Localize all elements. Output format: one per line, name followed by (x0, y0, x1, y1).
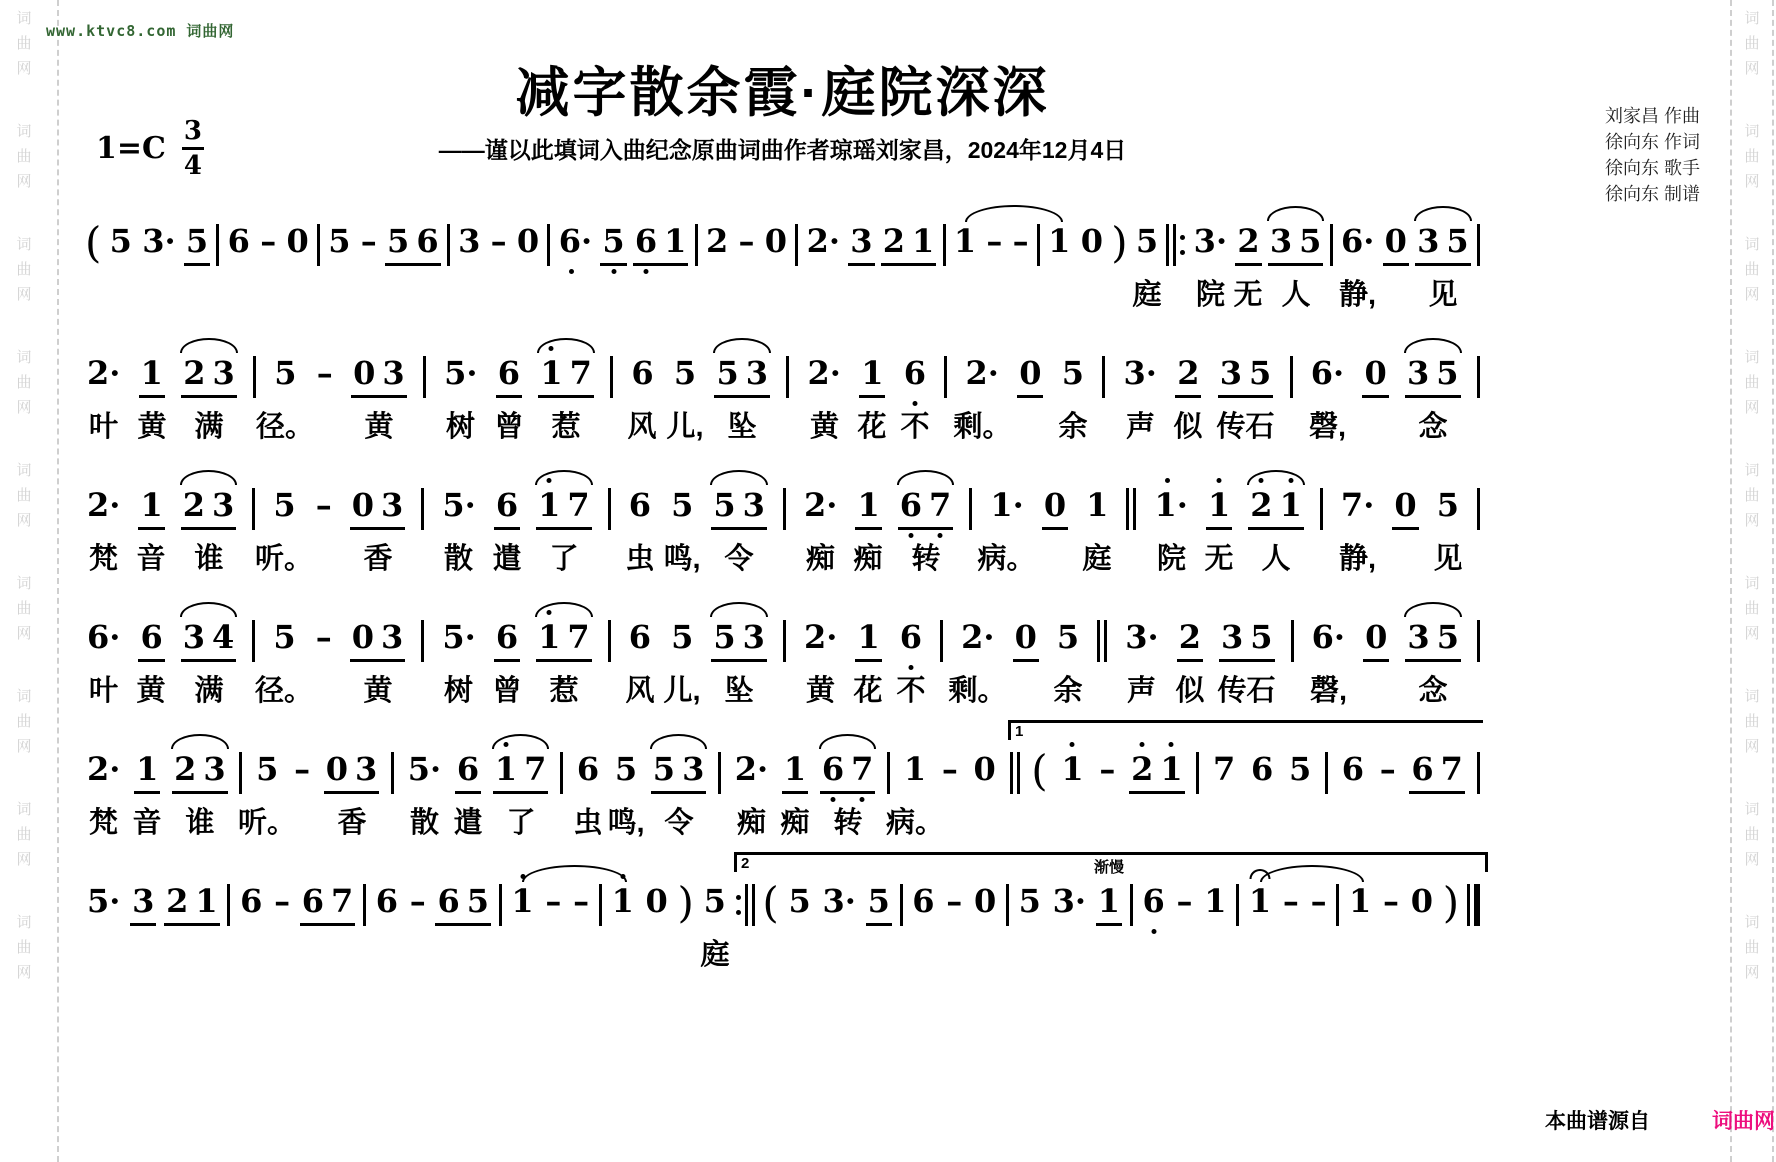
note: 0 (765, 223, 787, 259)
note-group: 2· (805, 223, 842, 266)
watermark-char: 曲 (16, 144, 31, 169)
note-group: 5 (1134, 223, 1160, 266)
lyric-syllable: 庭 (700, 932, 729, 973)
notation-row: 2·1235–035·61765532·1671·011·1217·05 (85, 458, 1480, 530)
note-group: 35 (1268, 223, 1324, 266)
barline (447, 224, 450, 266)
barline (1037, 224, 1040, 266)
watermark-char: 网 (16, 621, 31, 646)
note: 6 (904, 355, 926, 391)
note: – (545, 883, 561, 919)
note: 2 (183, 355, 205, 391)
watermark-text: 词曲网 (16, 232, 31, 307)
note: – (317, 355, 333, 391)
note-group: 67 (820, 751, 876, 794)
watermark-char: 网 (16, 734, 31, 759)
note: 3 (382, 355, 404, 391)
system-6: 5·3216–676–651––10)5(53·56–053·16–11––1–… (85, 854, 1480, 974)
barline (1477, 620, 1480, 662)
note: 3· (1053, 883, 1086, 919)
note: 5· (442, 619, 475, 655)
lyric-syllable: 听。 (255, 536, 313, 577)
barline-stroke (718, 752, 721, 794)
note-group: 5 (672, 355, 698, 398)
note: 1 (1098, 883, 1120, 919)
note: 6· (559, 223, 592, 259)
note: 3 (743, 619, 765, 655)
octave-dot-above (1169, 742, 1174, 747)
lyric-syllable: 念 (1418, 404, 1447, 445)
lyric-syllable: 静, (1339, 272, 1376, 313)
note: 7· (1341, 487, 1374, 523)
note-group: 35 (1415, 223, 1471, 266)
note: 1 (540, 355, 562, 391)
lyric-syllable: 石 (1245, 404, 1274, 445)
key-time-signature: 1=C 3 4 (96, 118, 204, 179)
slur-arc (710, 470, 768, 485)
watermark-char: 网 (16, 960, 31, 985)
barline-stroke (1097, 620, 1100, 662)
lyric-syllable: 转 (833, 800, 862, 841)
note: 3· (1194, 223, 1227, 259)
lyric-syllable: 了 (549, 536, 578, 577)
barline (786, 356, 789, 398)
slur-arc (535, 470, 593, 485)
lyric-syllable: 无 (1204, 536, 1233, 577)
note-group: – (314, 487, 334, 530)
note: – (316, 487, 332, 523)
lyric-syllable: 梵 (89, 800, 118, 841)
note: 6 (240, 883, 262, 919)
watermark-text: 词曲网 (1744, 910, 1759, 985)
note: 0 (517, 223, 539, 259)
note: 1 (538, 619, 560, 655)
lyric-syllable: 虫 (625, 536, 654, 577)
note: – (1383, 883, 1399, 919)
lyric-syllable: 风 (625, 668, 654, 709)
lyric-syllable: 花 (857, 404, 886, 445)
lyrics-row: 庭院无人静,见 (85, 268, 1480, 314)
note-group: 23 (172, 751, 228, 794)
footer-site-link[interactable]: 词曲网 (1712, 1105, 1775, 1135)
note: 5 (1436, 355, 1458, 391)
note: 5 (110, 223, 132, 259)
note-group: 1 (855, 487, 881, 530)
note: 3 (212, 487, 234, 523)
lyric-syllable: 石 (1246, 668, 1275, 709)
note: 5 (713, 487, 735, 523)
note: – (986, 223, 1002, 259)
note: 0 (1394, 487, 1416, 523)
watermark-char: 词 (1744, 797, 1759, 822)
note: 5 (186, 223, 208, 259)
note-group: 1 (782, 751, 808, 794)
note: 5 (1136, 223, 1158, 259)
grouping-paren: ) (678, 881, 694, 925)
note-group: 03 (350, 487, 406, 530)
slur-arc (180, 338, 238, 353)
lyric-syllable: 坠 (727, 404, 756, 445)
note-group: 6· (85, 619, 122, 662)
barline-stroke (1006, 884, 1009, 926)
lyric-syllable: 不 (896, 668, 925, 709)
note-group: 1 (610, 883, 636, 926)
watermark-char: 曲 (1744, 935, 1759, 960)
watermark-char: 词 (16, 797, 31, 822)
barline-stroke (943, 224, 946, 266)
note: 2· (87, 355, 120, 391)
note-group: 5 (271, 487, 297, 530)
note-group: 34 (181, 619, 237, 662)
repeat-dot (736, 910, 741, 915)
barline-stroke (447, 224, 450, 266)
note-group: 0 (1409, 883, 1435, 926)
note-group: 5· (85, 883, 122, 926)
note: 5· (408, 751, 441, 787)
lyric-syllable: 径。 (256, 404, 314, 445)
barline (1290, 356, 1293, 398)
barline-stroke (1126, 488, 1129, 530)
note-group: 6 (138, 619, 164, 662)
note: 7 (567, 487, 589, 523)
barline-stroke (745, 884, 748, 926)
barline (1196, 752, 1199, 794)
barline (252, 488, 255, 530)
note: 6 (496, 487, 518, 523)
watermark-text: 词曲网 (16, 910, 31, 985)
lyric-syllable: 传 (1217, 668, 1246, 709)
lyric-syllable: 磬, (1310, 668, 1347, 709)
barline (421, 620, 424, 662)
watermark-char: 词 (1744, 345, 1759, 370)
barline (795, 224, 798, 266)
note: – (274, 883, 290, 919)
note-group: – (944, 883, 964, 926)
right-dashed-border (1730, 0, 1732, 1162)
barline (421, 488, 424, 530)
note-group: 3· (1123, 619, 1160, 662)
note-group: 1 (1096, 883, 1122, 926)
barline (547, 224, 550, 266)
lyric-syllable: 香 (363, 536, 392, 577)
watermark-char: 曲 (1744, 709, 1759, 734)
watermark-text: 词曲网 (16, 797, 31, 872)
note: 0 (1081, 223, 1103, 259)
note-group: 0 (1363, 619, 1389, 662)
note-group: 1 (139, 355, 165, 398)
note: 3 (1407, 355, 1429, 391)
note: 6· (1312, 619, 1345, 655)
lyric-syllable: 曾 (494, 404, 523, 445)
watermark-text: 词曲网 (1744, 684, 1759, 759)
barline (1006, 884, 1009, 926)
note: 6· (87, 619, 120, 655)
lyric-syllable: 痴 (806, 536, 835, 577)
note-group: 6 (374, 883, 400, 926)
note-group: 6 (238, 883, 264, 926)
note: 3· (1125, 619, 1158, 655)
note-group: 2· (733, 751, 770, 794)
volta-number: 1 (1015, 723, 1023, 740)
right-edge-dashed-border (1772, 0, 1774, 1162)
note-group: – (359, 223, 379, 266)
watermark-char: 网 (16, 508, 31, 533)
note-group: 2· (802, 487, 839, 530)
note: 1 (861, 355, 883, 391)
note-group: 1 (138, 487, 164, 530)
grouping-paren: ( (85, 221, 101, 265)
lyric-syllable: 见 (1433, 536, 1462, 577)
note-group: – (258, 223, 278, 266)
barline (423, 356, 426, 398)
note: 6 (416, 223, 438, 259)
watermark-char: 曲 (1744, 596, 1759, 621)
note: 1 (495, 751, 517, 787)
note-group: 3 (456, 223, 482, 266)
slur-arc (171, 734, 229, 749)
barline-stroke (1236, 884, 1239, 926)
note: – (1013, 223, 1029, 259)
note-group: 5 (254, 751, 280, 794)
note: 7 (1441, 751, 1463, 787)
barline-stroke (608, 620, 611, 662)
note: 2 (183, 487, 205, 523)
watermark-char: 词 (1744, 232, 1759, 257)
note-group: 0 (1383, 223, 1409, 266)
note: – (1176, 883, 1192, 919)
barline-stroke (363, 884, 366, 926)
note-group: 5 (272, 355, 298, 398)
barline-stroke (969, 488, 972, 530)
note: 5 (1250, 619, 1272, 655)
note-group: 5· (406, 751, 443, 794)
note-group: – (1097, 751, 1117, 794)
slur-arc (819, 734, 877, 749)
note: 3 (1270, 223, 1292, 259)
note-group: 21 (164, 883, 220, 926)
note-group: 67 (1409, 751, 1465, 794)
note: 6 (912, 883, 934, 919)
slur-arc (492, 734, 550, 749)
watermark-char: 曲 (1744, 822, 1759, 847)
barline (252, 620, 255, 662)
barline-stroke (1196, 752, 1199, 794)
watermark-text: 词曲网 (16, 6, 31, 81)
note: 1 (1249, 883, 1271, 919)
lyric-syllable: 剩。 (953, 404, 1011, 445)
tempo-annotation: 渐慢 (1094, 856, 1124, 877)
lyric-syllable: 余 (1053, 668, 1082, 709)
song-subtitle: ——谨以此填词入曲纪念原曲词曲作者琼瑶刘家昌，2024年12月4日 (85, 132, 1480, 165)
barline-stroke (216, 224, 219, 266)
lyric-syllable: 树 (446, 404, 475, 445)
note: 0 (1411, 883, 1433, 919)
note: 0 (1044, 487, 1066, 523)
watermark-text: 词曲网 (1744, 345, 1759, 420)
note: 6 (900, 619, 922, 655)
note: 3 (381, 487, 403, 523)
barline (499, 884, 502, 926)
watermark-char: 网 (16, 169, 31, 194)
note-group: 5 (613, 751, 639, 794)
octave-dot-above (1070, 742, 1075, 747)
note-group: 6 (1249, 751, 1275, 794)
grouping-paren: ( (1031, 749, 1047, 793)
barline-stroke (695, 224, 698, 266)
note-group: 6 (496, 355, 522, 398)
barline-stroke (795, 224, 798, 266)
watermark-text: 词曲网 (1744, 797, 1759, 872)
barline-stroke (786, 356, 789, 398)
lyric-syllable: 念 (1418, 668, 1447, 709)
watermark-char: 网 (16, 395, 31, 420)
barline-stroke (391, 752, 394, 794)
note: 2 (166, 883, 188, 919)
octave-dot-above (1165, 478, 1170, 483)
notation-row: 2·1235–035·61765532·162·053·2356·035 (85, 326, 1480, 398)
watermark-char: 曲 (1744, 144, 1759, 169)
watermark-char: 词 (16, 345, 31, 370)
note-group: 1 (1059, 751, 1085, 794)
note-group: 5 (108, 223, 134, 266)
note-group: 3 (130, 883, 156, 926)
note-group: 3· (140, 223, 177, 266)
note-group: 1 (1202, 883, 1228, 926)
watermark-char: 曲 (16, 596, 31, 621)
site-logo[interactable]: www.ktvc8.com 词曲网 (46, 20, 234, 41)
lyrics-row: 梵音谁听。香散遣了虫鸣,令痴痴转病。 (85, 796, 1480, 842)
barline-stroke (1477, 488, 1480, 530)
note: 5 (467, 883, 489, 919)
note: 5 (716, 355, 738, 391)
watermark-char: 词 (16, 119, 31, 144)
note: 2· (966, 355, 999, 391)
barline-stroke (1166, 224, 1169, 266)
note: 3 (355, 751, 377, 787)
note: 6 (437, 883, 459, 919)
double-barline (1097, 620, 1107, 662)
note-group: 17 (536, 487, 592, 530)
note-group: 0 (1079, 223, 1105, 266)
note-group: 5 (600, 223, 626, 266)
barline (1102, 356, 1105, 398)
tie-arc (965, 205, 1063, 222)
barline (718, 752, 721, 794)
barline (216, 224, 219, 266)
note-group: 1 (902, 751, 928, 794)
barline-stroke (610, 356, 613, 398)
watermark-char: 网 (1744, 169, 1759, 194)
note: 5 (387, 223, 409, 259)
note: 5· (442, 487, 475, 523)
note: 6· (1311, 355, 1344, 391)
note: 5 (788, 883, 810, 919)
note-group: 2 (1175, 355, 1201, 398)
time-signature-denominator: 4 (184, 153, 202, 179)
song-title: 减字散余霞·庭院深深 (85, 50, 1480, 127)
note: 1 (1208, 487, 1230, 523)
lyric-syllable: 坠 (724, 668, 753, 709)
note: 7 (929, 487, 951, 523)
lyric-syllable: 令 (724, 536, 753, 577)
note-group: 2· (959, 619, 996, 662)
note: 2 (1179, 619, 1201, 655)
notation-row: 5·3216–676–651––10)5(53·56–053·16–11––1–… (85, 854, 1480, 926)
watermark-text: 词曲网 (1744, 458, 1759, 533)
note: 6 (496, 619, 518, 655)
watermark-column-right: 词曲网词曲网词曲网词曲网词曲网词曲网词曲网词曲网词曲网 (1742, 6, 1762, 1023)
note: 1 (1349, 883, 1371, 919)
credit-singer: 徐向东 歌手 (1605, 155, 1700, 181)
lyric-syllable: 儿, (663, 668, 700, 709)
lyric-syllable: 余 (1058, 404, 1087, 445)
sheet-music-page: { "page": { "logo_text": "www.ktvc8.com … (0, 0, 1776, 1162)
note-group: 5· (442, 355, 479, 398)
note-group: – (571, 883, 591, 926)
system-4: 6·6345–035·61765532·162·053·2356·035叶黄满径… (85, 590, 1480, 710)
note-group: – (408, 883, 428, 926)
barline-stroke (1320, 488, 1323, 530)
watermark-char: 网 (1744, 621, 1759, 646)
barline (253, 356, 256, 398)
note-group: 17 (536, 619, 592, 662)
note: 0 (646, 883, 668, 919)
note-group: 1 (855, 619, 881, 662)
slur-arc (180, 602, 238, 617)
lyric-syllable: 黄 (810, 404, 839, 445)
barline-stroke (1017, 752, 1020, 794)
note-group: 2· (964, 355, 1001, 398)
note-group: – (737, 223, 757, 266)
note-group: – (1309, 883, 1329, 926)
barline (227, 884, 230, 926)
octave-dot-above (1217, 478, 1222, 483)
note-group: 1 (509, 883, 535, 926)
note: 6 (457, 751, 479, 787)
barline-stroke (1291, 620, 1294, 662)
note: 7 (567, 619, 589, 655)
note: 6 (900, 487, 922, 523)
system-1: (53·56–05–563–06·5612–02·3211––10)53·235… (85, 194, 1480, 314)
note: 1 (784, 751, 806, 787)
note-group: 2· (85, 355, 122, 398)
note: 3 (1407, 619, 1429, 655)
watermark-text: 词曲网 (16, 345, 31, 420)
lyric-syllable: 满 (194, 404, 223, 445)
note-group: 1 (859, 355, 885, 398)
barline (608, 488, 611, 530)
note-group: 3 (848, 223, 874, 266)
note: 0 (352, 487, 374, 523)
note-group: – (1281, 883, 1301, 926)
lyric-syllable: 谁 (194, 536, 223, 577)
system-2: 2·1235–035·61765532·162·053·2356·035叶黄满径… (85, 326, 1480, 446)
note: 1 (1048, 223, 1070, 259)
watermark-char: 曲 (16, 935, 31, 960)
barline (1477, 488, 1480, 530)
barline-stroke (608, 488, 611, 530)
lyric-syllable: 不 (900, 404, 929, 445)
volta-bracket-1: 1 (1008, 720, 1483, 740)
note-group: 1 (134, 751, 160, 794)
lyric-syllable: 痴 (780, 800, 809, 841)
credit-lyricist: 徐向东 作词 (1605, 129, 1700, 155)
note: 3 (746, 355, 768, 391)
note-group: 0 (972, 883, 998, 926)
watermark-char: 词 (1744, 684, 1759, 709)
watermark-char: 曲 (16, 709, 31, 734)
lyric-syllable: 惹 (551, 404, 580, 445)
